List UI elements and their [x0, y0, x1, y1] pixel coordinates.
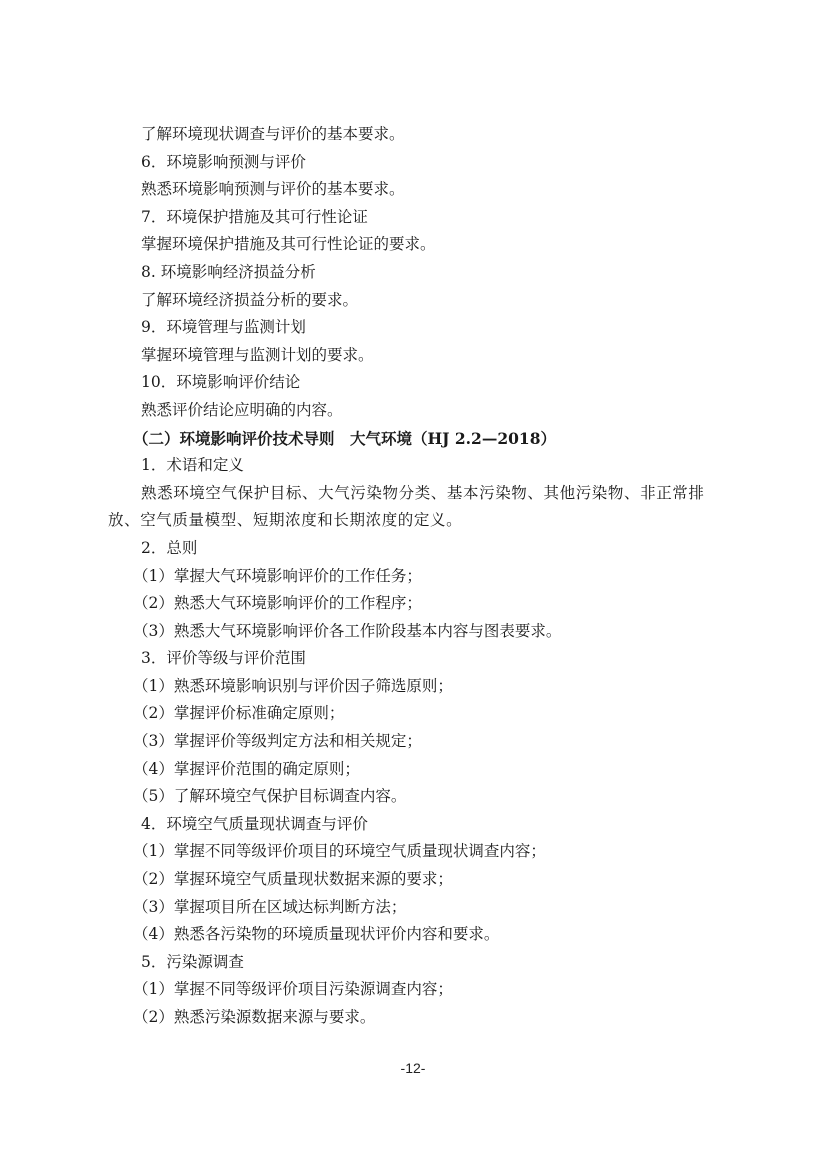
sub-item: （3）掌握项目所在区域达标判断方法；	[108, 894, 720, 922]
sub-item: （2）掌握评价标准确定原则；	[108, 700, 720, 728]
sub-item: （1）熟悉环境影响识别与评价因子筛选原则；	[108, 673, 720, 701]
list-item-heading: 7．环境保护措施及其可行性论证	[108, 204, 720, 232]
list-item-heading: 3．评价等级与评价范围	[108, 645, 720, 673]
sub-item: （4）熟悉各污染物的环境质量现状评价内容和要求。	[108, 921, 720, 949]
section-heading: （二）环境影响评价技术导则 大气环境（HJ 2.2—2018）	[108, 425, 720, 453]
sub-item: （1）掌握不同等级评价项目的环境空气质量现状调查内容；	[108, 838, 720, 866]
document-page: 了解环境现状调查与评价的基本要求。 6．环境影响预测与评价 熟悉环境影响预测与评…	[0, 0, 826, 1169]
body-text: 掌握环境保护措施及其可行性论证的要求。	[108, 231, 720, 259]
body-text: 了解环境现状调查与评价的基本要求。	[108, 121, 720, 149]
list-item-heading: 2．总则	[108, 535, 720, 563]
sub-item: （2）掌握环境空气质量现状数据来源的要求；	[108, 866, 720, 894]
list-item-heading: 1．术语和定义	[108, 452, 720, 480]
body-paragraph: 熟悉环境空气保护目标、大气污染物分类、基本污染物、其他污染物、非正常排放、空气质…	[108, 480, 720, 535]
list-item-heading: 4．环境空气质量现状调查与评价	[108, 811, 720, 839]
sub-item: （2）熟悉污染源数据来源与要求。	[108, 1004, 720, 1032]
body-text: 掌握环境管理与监测计划的要求。	[108, 342, 720, 370]
body-text: 熟悉评价结论应明确的内容。	[108, 397, 720, 425]
page-number: -12-	[0, 1060, 826, 1076]
sub-item: （3）掌握评价等级判定方法和相关规定；	[108, 728, 720, 756]
sub-item: （2）熟悉大气环境影响评价的工作程序；	[108, 590, 720, 618]
list-item-heading: 9．环境管理与监测计划	[108, 314, 720, 342]
sub-item: （3）熟悉大气环境影响评价各工作阶段基本内容与图表要求。	[108, 618, 720, 646]
list-item-heading: 6．环境影响预测与评价	[108, 149, 720, 177]
page-content: 了解环境现状调查与评价的基本要求。 6．环境影响预测与评价 熟悉环境影响预测与评…	[108, 121, 720, 1032]
list-item-heading: 8. 环境影响经济损益分析	[108, 259, 720, 287]
body-text: 了解环境经济损益分析的要求。	[108, 287, 720, 315]
sub-item: （1）掌握大气环境影响评价的工作任务；	[108, 563, 720, 591]
list-item-heading: 5．污染源调查	[108, 949, 720, 977]
sub-item: （1）掌握不同等级评价项目污染源调查内容；	[108, 976, 720, 1004]
list-item-heading: 10．环境影响评价结论	[108, 369, 720, 397]
sub-item: （5）了解环境空气保护目标调查内容。	[108, 783, 720, 811]
body-text: 熟悉环境影响预测与评价的基本要求。	[108, 176, 720, 204]
sub-item: （4）掌握评价范围的确定原则；	[108, 756, 720, 784]
